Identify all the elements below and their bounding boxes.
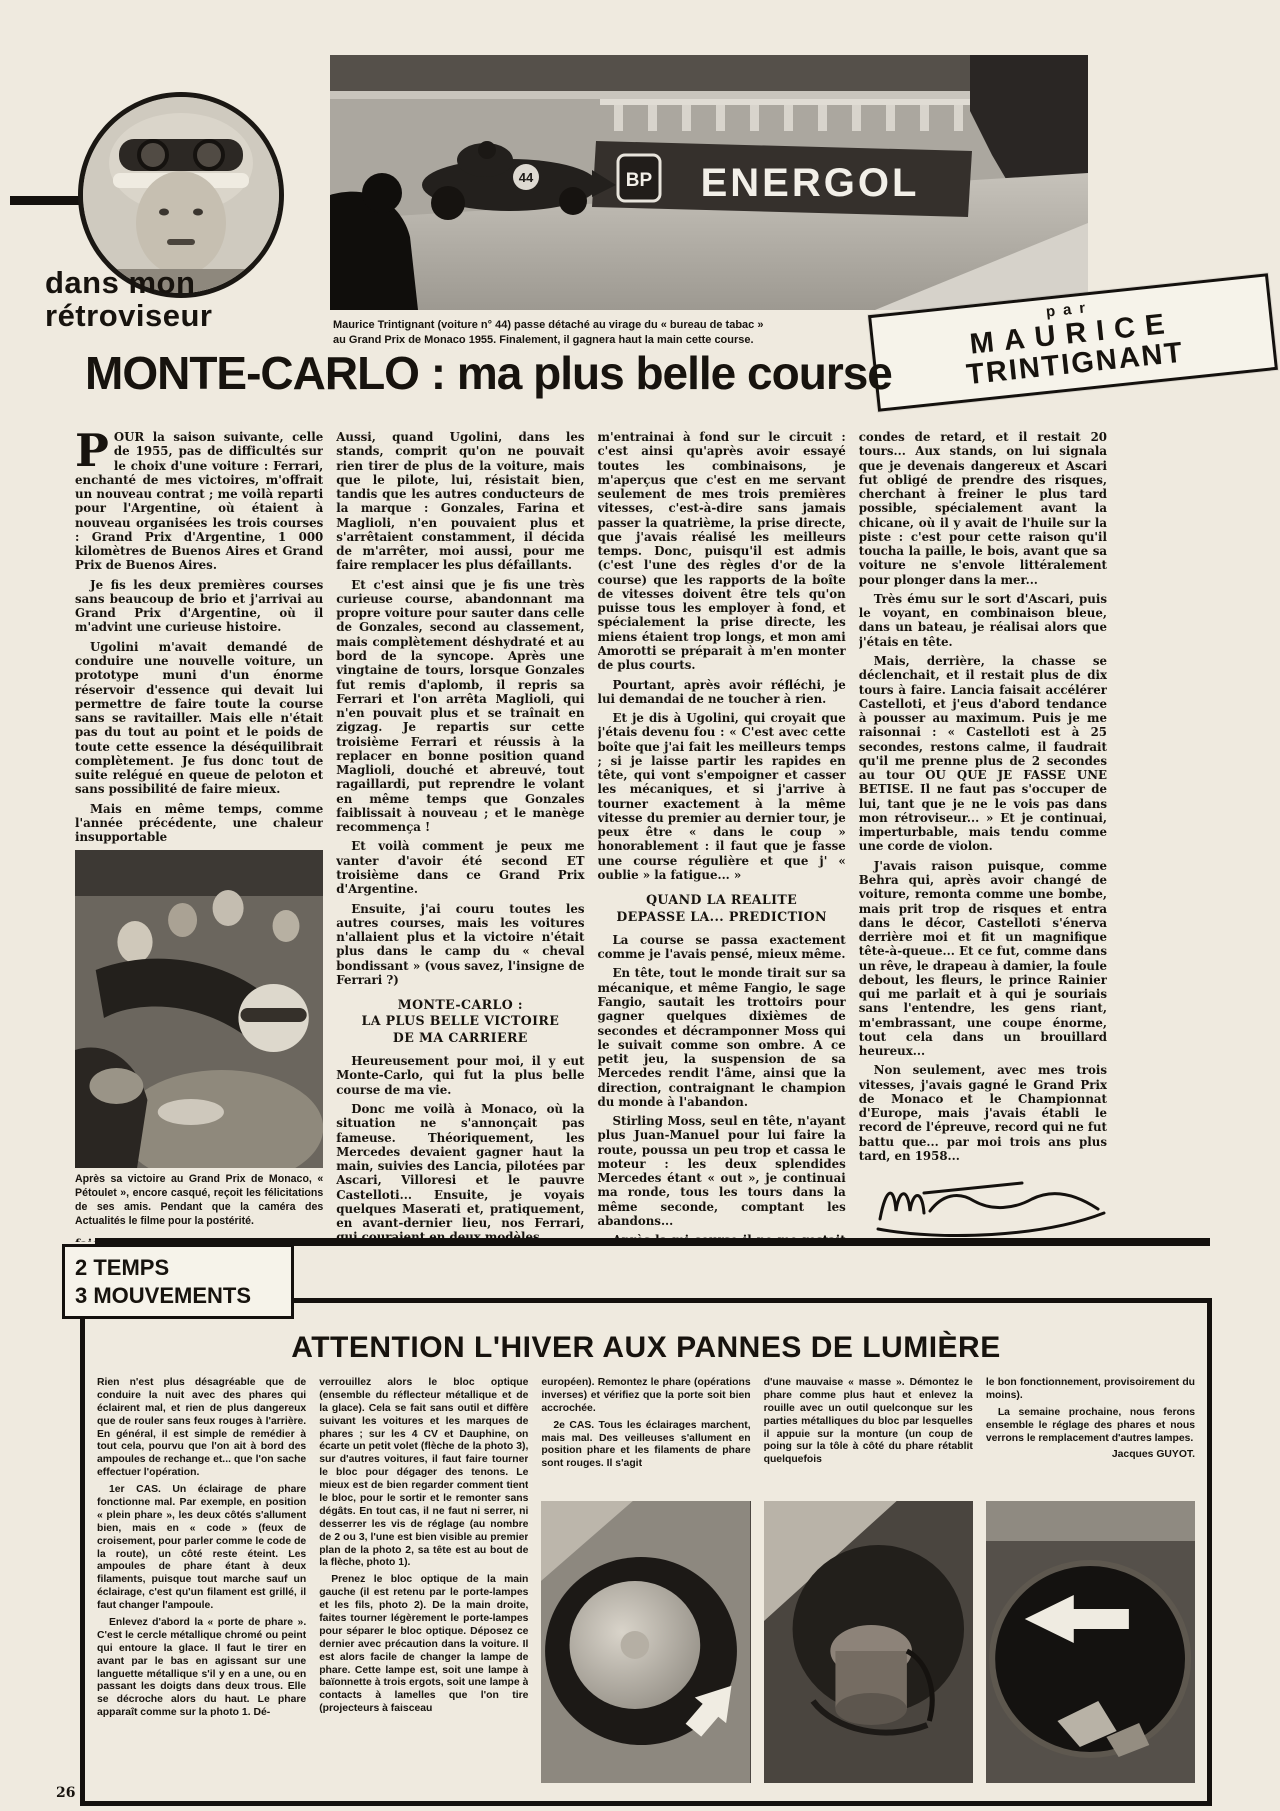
trintignant-signature: [872, 1171, 1107, 1237]
headlight-photo-2-art: [764, 1501, 973, 1783]
paragraph: Stirling Moss, seul en tête, n'ayant plu…: [598, 1114, 846, 1228]
paragraph: Je fis les deux premières courses sans b…: [75, 578, 323, 635]
signature-art: [872, 1171, 1107, 1237]
page-number: 26: [56, 1786, 75, 1800]
subhead-line: QUAND LA REALITE: [598, 892, 846, 908]
article-column-3: m'entrainai à fond sur le circuit : c'es…: [598, 430, 846, 1242]
feature-column-5: le bon fonctionnement, provisoirement du…: [986, 1377, 1195, 1802]
article-column-4: condes de retard, et il restait 20 tours…: [859, 430, 1107, 1242]
top-photo-caption-line1: Maurice Trintignant (voiture n° 44) pass…: [333, 318, 918, 333]
paragraph: Non seulement, avec mes trois vitesses, …: [859, 1063, 1107, 1163]
headlight-photo-2: [764, 1501, 973, 1783]
kicker: dans mon rétroviseur: [45, 266, 212, 332]
paragraph: Et je dis à Ugolini, qui croyait que j'é…: [598, 711, 846, 882]
race-photo-art: BP ENERGOL 44: [330, 55, 1088, 310]
paragraph: Mais en même temps, comme l'année précéd…: [75, 802, 323, 845]
feature-column-3: européen). Remontez le phare (opérations…: [541, 1377, 750, 1802]
subhead-line: DE MA CARRIERE: [336, 1030, 584, 1046]
feature-author: Jacques GUYOT.: [986, 1449, 1195, 1462]
paragraph: européen). Remontez le phare (opérations…: [541, 1377, 750, 1416]
paragraph: Pourtant, après avoir réfléchi, je lui d…: [598, 678, 846, 707]
race-photo: BP ENERGOL 44: [330, 55, 1088, 310]
feature-column-1: Rien n'est plus désagréable que de condu…: [97, 1377, 306, 1802]
paragraph: Enlevez d'abord la « porte de phare ». C…: [97, 1617, 306, 1720]
article-column-1: POUR la saison suivante, celle de 1955, …: [75, 430, 323, 1242]
feature-column-4-text: d'une mauvaise « masse ». Démontez le ph…: [764, 1377, 973, 1493]
paragraph: d'une mauvaise « masse ». Démontez le ph…: [764, 1377, 973, 1467]
paragraph: condes de retard, et il restait 20 tours…: [859, 430, 1107, 587]
paragraph: Mais, derrière, la chasse se déclenchait…: [859, 654, 1107, 854]
headlight-photo-1: [541, 1501, 750, 1783]
paragraph: 1er CAS. Un éclairage de phare fonctionn…: [97, 1484, 306, 1613]
paragraph: La course se passa exactement comme je l…: [598, 933, 846, 962]
car-number-roundel: 44: [519, 170, 534, 185]
article-headline: MONTE-CARLO : ma plus belle course: [85, 350, 895, 396]
article-columns: POUR la saison suivante, celle de 1955, …: [75, 430, 1107, 1242]
portrait-art: [83, 97, 279, 293]
stamp-line1: 2 TEMPS: [75, 1254, 281, 1282]
headlight-photo-1-art: [541, 1501, 750, 1783]
subhead-line: LA PLUS BELLE VICTOIRE: [336, 1013, 584, 1029]
paragraph: Prenez le bloc optique de la main gauche…: [319, 1574, 528, 1716]
subhead-monte-carlo: MONTE-CARLO : LA PLUS BELLE VICTOIRE DE …: [336, 997, 584, 1046]
mirror-arm: [10, 196, 86, 205]
paragraph: Et c'est ainsi que je fis une très curie…: [336, 578, 584, 835]
article-column-2: Aussi, quand Ugolini, dans les stands, c…: [336, 430, 584, 1242]
drop-cap: P: [75, 433, 109, 469]
paragraph: En tête, tout le monde tirait sur sa méc…: [598, 966, 846, 1109]
headlight-photo-3: [986, 1501, 1195, 1783]
paragraph-text: OUR la saison suivante, celle de 1955, p…: [75, 430, 323, 572]
paragraph: Aussi, quand Ugolini, dans les stands, c…: [336, 430, 584, 573]
crowd-photo-caption: Après sa victoire au Grand Prix de Monac…: [75, 1173, 323, 1229]
stamp-line2: 3 MOUVEMENTS: [75, 1282, 281, 1310]
magazine-page: BP ENERGOL 44: [0, 0, 1280, 1811]
victory-crowd-photo: [75, 850, 323, 1168]
bp-shield-label: BP: [626, 170, 653, 191]
kicker-line1: dans mon: [45, 266, 212, 299]
paragraph: Donc me voilà à Monaco, où la situation …: [336, 1102, 584, 1242]
feature-column-4: d'une mauvaise « masse ». Démontez le ph…: [764, 1377, 973, 1802]
top-photo-caption: Maurice Trintignant (voiture n° 44) pass…: [333, 318, 918, 348]
paragraph: Très ému sur le sort d'Ascari, puis le v…: [859, 592, 1107, 649]
paragraph: Ugolini m'avait demandé de conduire une …: [75, 640, 323, 797]
paragraph: verrouillez alors le bloc optique (ensem…: [319, 1377, 528, 1570]
feature-column-5-text: le bon fonctionnement, provisoirement du…: [986, 1377, 1195, 1493]
crowd-photo-art: [75, 850, 323, 1168]
feature-headline: ATTENTION L'HIVER AUX PANNES DE LUMIÈRE: [97, 1333, 1195, 1363]
paragraph: POUR la saison suivante, celle de 1955, …: [75, 430, 323, 573]
paragraph: J'avais raison puisque, comme Behra qui,…: [859, 859, 1107, 1059]
headlight-photo-3-art: [986, 1501, 1195, 1783]
paragraph: 2e CAS. Tous les éclairages marchent, ma…: [541, 1420, 750, 1472]
feature-box: ATTENTION L'HIVER AUX PANNES DE LUMIÈRE …: [80, 1298, 1212, 1806]
paragraph: Ensuite, j'ai couru toutes les autres co…: [336, 902, 584, 988]
subhead-line: MONTE-CARLO :: [336, 997, 584, 1013]
paragraph: le bon fonctionnement, provisoirement du…: [986, 1377, 1195, 1403]
feature-column-2: verrouillez alors le bloc optique (ensem…: [319, 1377, 528, 1802]
paragraph: La semaine prochaine, nous ferons ensemb…: [986, 1407, 1195, 1446]
subhead-line: DEPASSE LA... PREDICTION: [598, 909, 846, 925]
paragraph: Et voilà comment je peux me vanter d'avo…: [336, 839, 584, 896]
paragraph: Rien n'est plus désagréable que de condu…: [97, 1377, 306, 1480]
stamp-box: 2 TEMPS 3 MOUVEMENTS: [62, 1244, 294, 1319]
energol-banner-label: ENERGOL: [701, 161, 920, 205]
feature-column-3-text: européen). Remontez le phare (opérations…: [541, 1377, 750, 1493]
paragraph: m'entrainai à fond sur le circuit : c'es…: [598, 430, 846, 673]
subhead-realite: QUAND LA REALITE DEPASSE LA... PREDICTIO…: [598, 892, 846, 925]
feature-columns: Rien n'est plus désagréable que de condu…: [97, 1377, 1195, 1802]
paragraph: Heureusement pour moi, il y eut Monte-Ca…: [336, 1054, 584, 1097]
kicker-line2: rétroviseur: [45, 299, 212, 332]
top-photo-caption-line2: au Grand Prix de Monaco 1955. Finalement…: [333, 333, 918, 348]
